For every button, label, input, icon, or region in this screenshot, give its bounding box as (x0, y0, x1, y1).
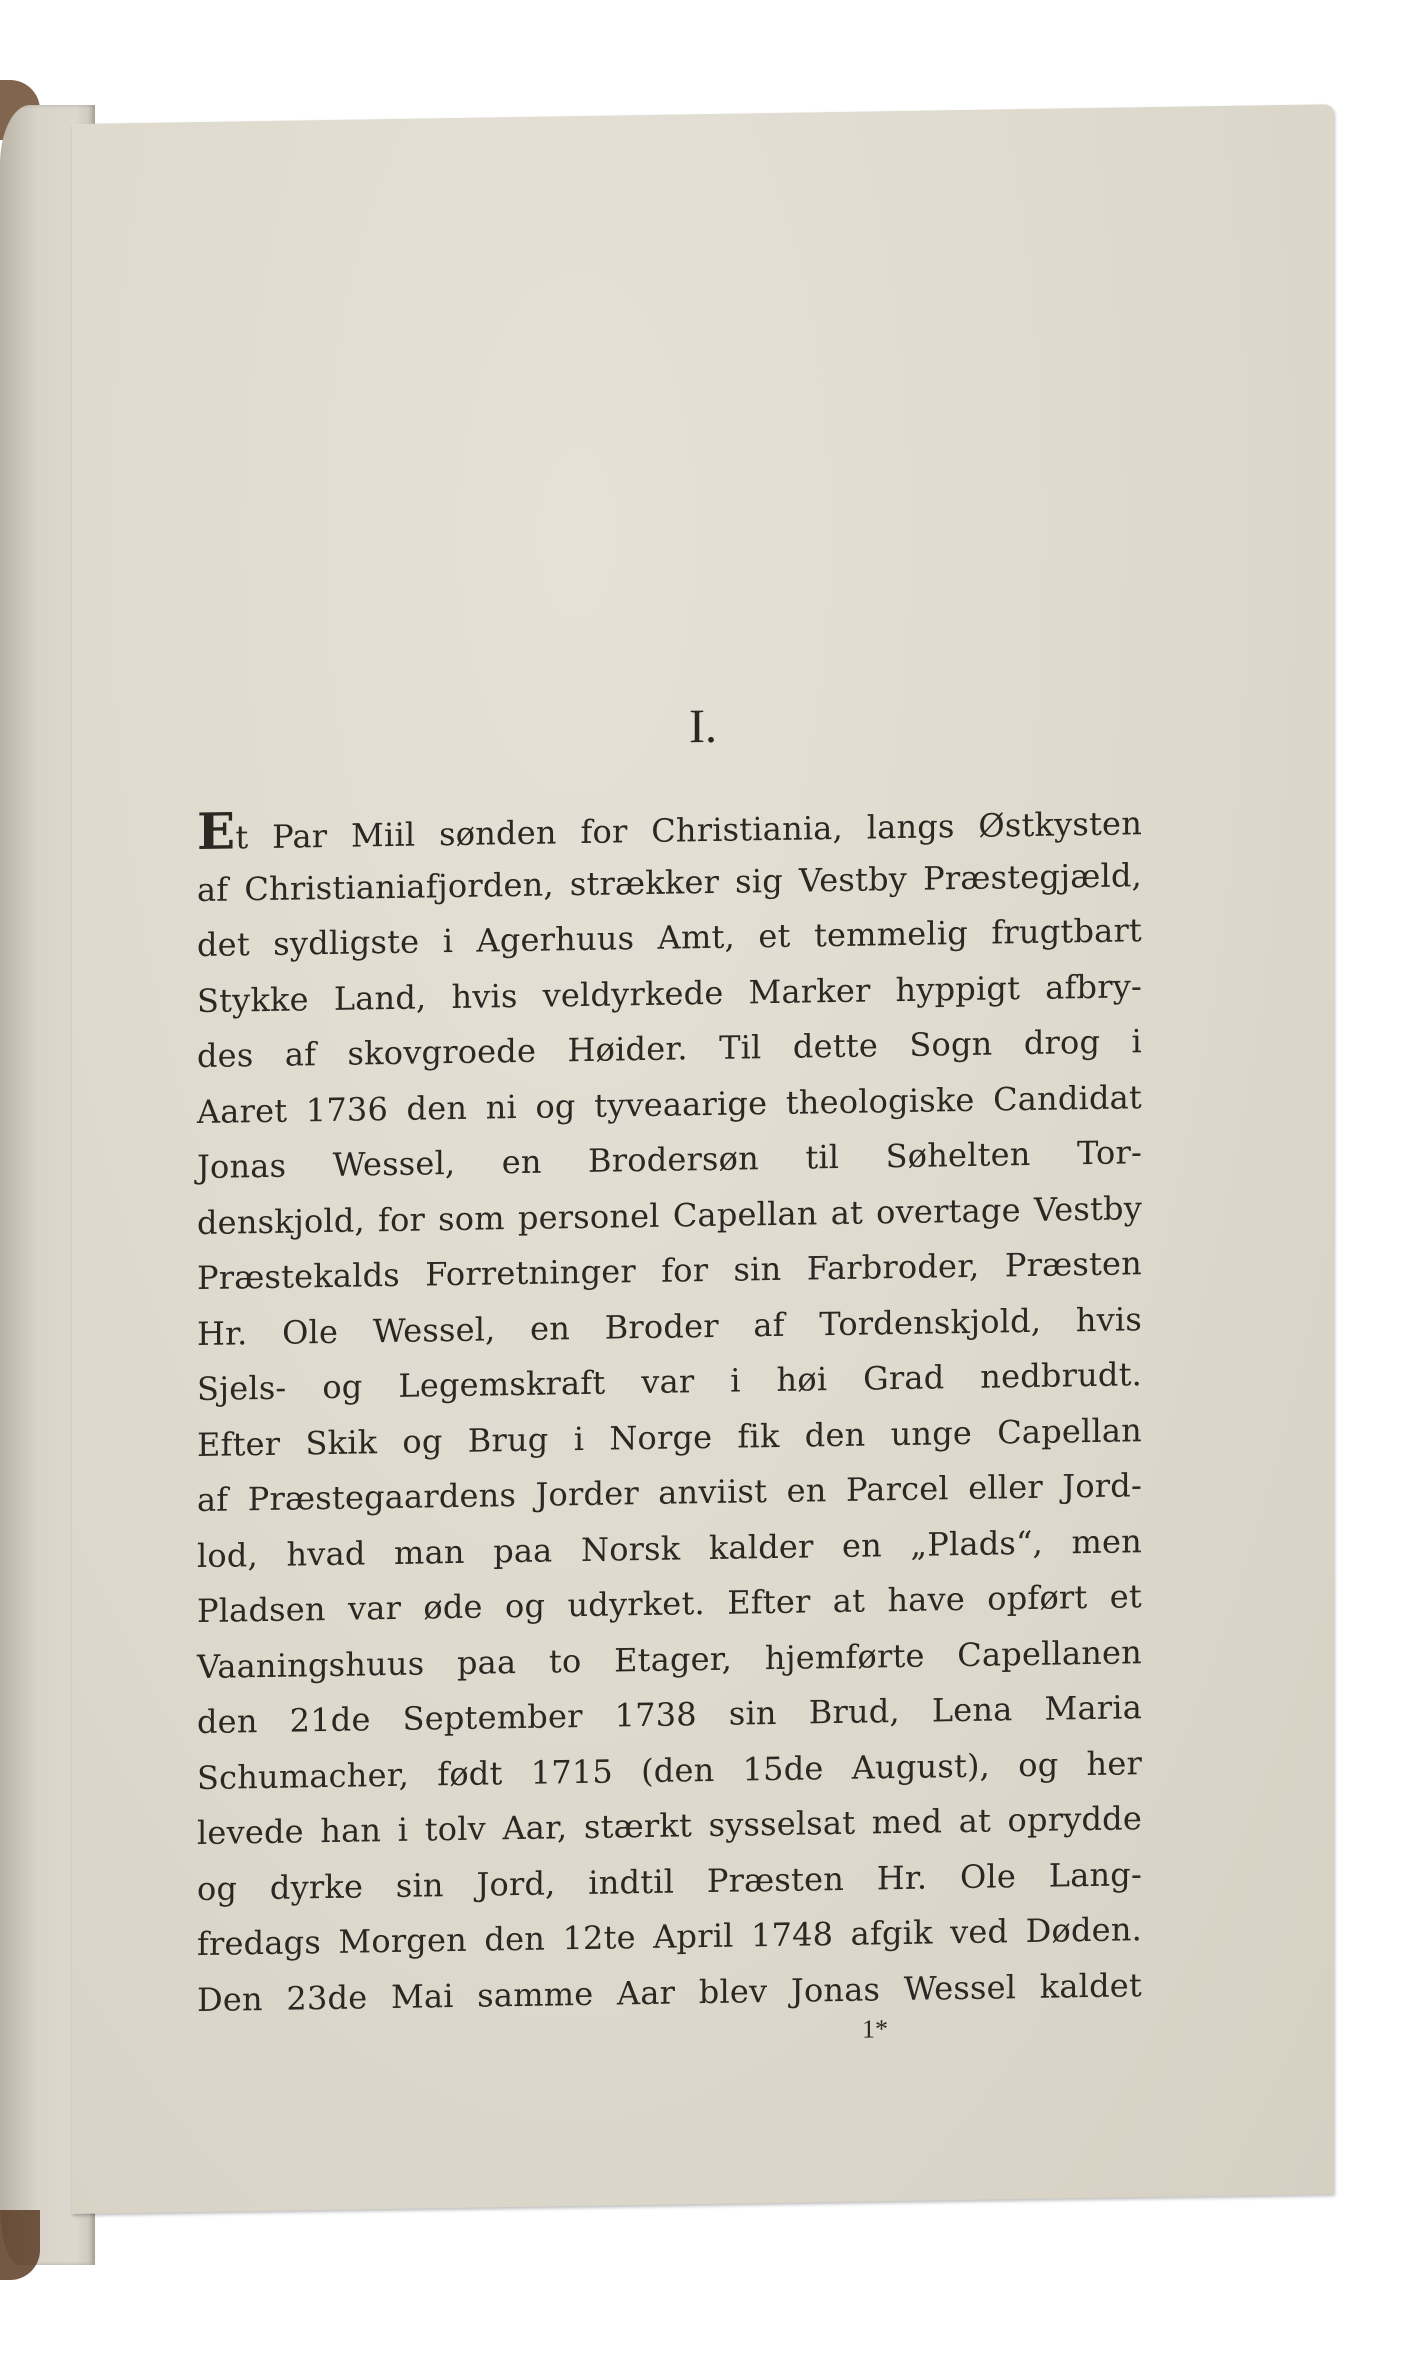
book-spine-bottom (0, 2210, 40, 2280)
signature-mark: 1* (862, 2014, 888, 2044)
chapter-heading: I. (72, 689, 1334, 764)
book-page: I. Et Par Miil sønden for Christiania, l… (72, 104, 1334, 2214)
drop-cap: E (197, 801, 235, 861)
body-text: Et Par Miil sønden for Christiania, lang… (197, 792, 1142, 2028)
